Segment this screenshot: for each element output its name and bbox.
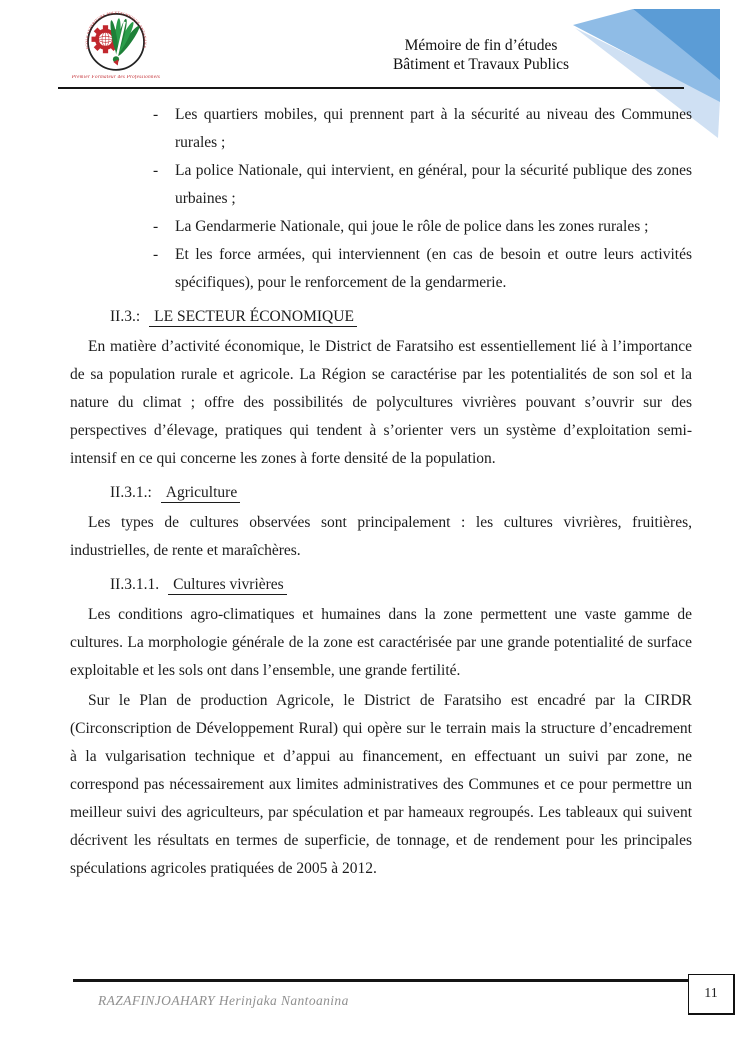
list-item: - Les quartiers mobiles, qui prennent pa… (70, 101, 692, 157)
page-content: - Les quartiers mobiles, qui prennent pa… (70, 101, 692, 885)
section-number: II.3.1.: (110, 484, 152, 501)
globe-icon (99, 32, 113, 46)
document-page: { "header": { "title_line1": "Mémoire de… (0, 0, 745, 1053)
section-title: LE SECTEUR ÉCONOMIQUE (149, 308, 357, 327)
dash-bullet: - (153, 101, 158, 129)
paragraph-agro-climatic: Les conditions agro-climatiques et humai… (70, 601, 692, 685)
footer-author: RAZAFINJOAHARY Herinjaka Nantoanina (98, 993, 349, 1009)
school-logo-icon: ECOLE SUPERIEURE POLYTECHNIQUE ANTANANAR… (70, 6, 162, 76)
list-item-text: La police Nationale, qui intervient, en … (175, 162, 692, 207)
list-item: - La police Nationale, qui intervient, e… (70, 157, 692, 213)
page-number-box: 11 (688, 974, 735, 1015)
section-number: II.3.: (110, 308, 140, 325)
security-forces-list: - Les quartiers mobiles, qui prennent pa… (70, 101, 692, 297)
logo-motto: Premier Formateur des Professionnels (68, 75, 164, 80)
section-number: II.3.1.1. (110, 576, 159, 593)
paragraph-production-plan: Sur le Plan de production Agricole, le D… (70, 687, 692, 883)
header-rule (58, 87, 684, 89)
paragraph-economy: En matière d’activité économique, le Dis… (70, 333, 692, 473)
section-heading-agriculture: II.3.1.:Agriculture (70, 479, 692, 507)
section-title: Cultures vivrières (168, 576, 287, 595)
list-item: - Et les force armées, qui interviennent… (70, 241, 692, 297)
dash-bullet: - (153, 213, 158, 241)
section-title: Agriculture (161, 484, 240, 503)
list-item-text: Et les force armées, qui interviennent (… (175, 246, 692, 291)
section-heading-cultures-vivrieres: II.3.1.1.Cultures vivrières (70, 571, 692, 599)
footer-rule (73, 979, 688, 982)
page-number: 11 (704, 986, 717, 1002)
list-item-text: Les quartiers mobiles, qui prennent part… (175, 106, 692, 151)
paragraph-culture-types: Les types de cultures observées sont pri… (70, 509, 692, 565)
dash-bullet: - (153, 157, 158, 185)
dash-bullet: - (153, 241, 158, 269)
section-heading-economy: II.3.:LE SECTEUR ÉCONOMIQUE (70, 303, 692, 331)
list-item: - La Gendarmerie Nationale, qui joue le … (70, 213, 692, 241)
list-item-text: La Gendarmerie Nationale, qui joue le rô… (175, 218, 648, 235)
